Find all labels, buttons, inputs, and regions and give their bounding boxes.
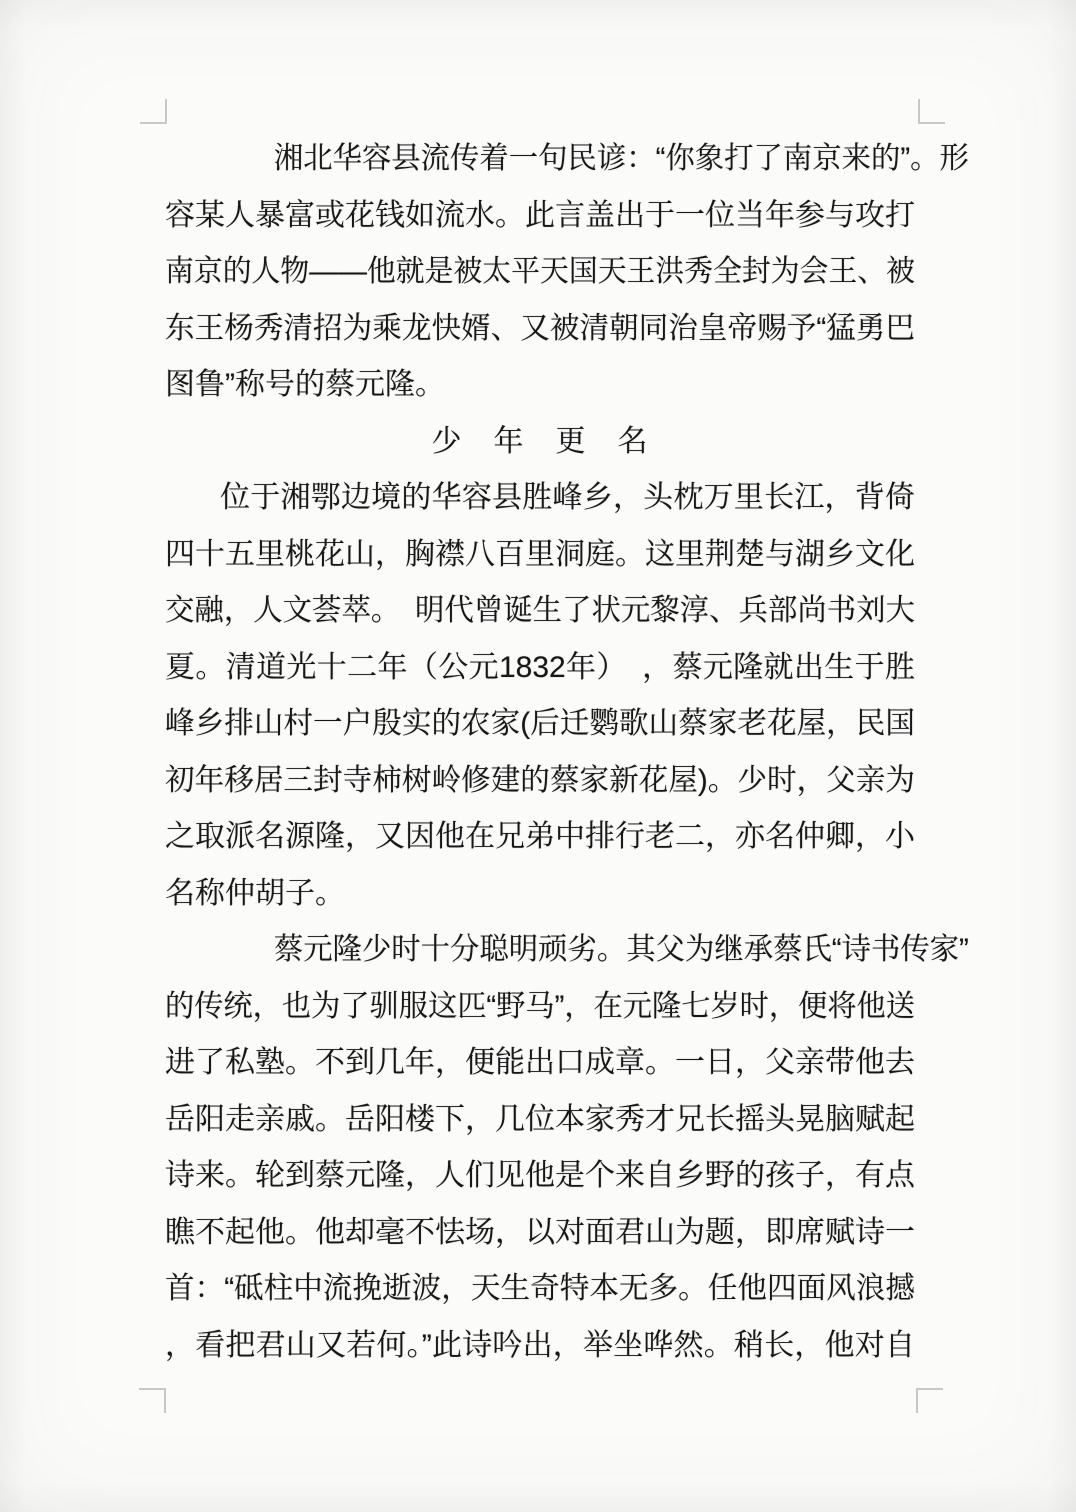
text-line: 诗来。轮到蔡元隆，人们见他是个来自乡野的孩子，有点 (165, 1148, 915, 1205)
text-line-content: ，看把君山又若何。”此诗吟出，举坐哗然。稍长，他对自 (165, 1329, 915, 1362)
text-line: 位于湘鄂边境的华容县胜峰乡，头枕万里长江，背倚 (165, 470, 915, 527)
text-line: 瞧不起他。他却毫不怯场，以对面君山为题，即席赋诗一 (165, 1205, 915, 1262)
margin-mark-top-right (918, 99, 945, 124)
text-line-content: 进了私塾。不到几年，便能出口成章。一日，父亲带他去 (165, 1046, 915, 1079)
text-line-content: 夏。清道光十二年（公元1832年） ，蔡元隆就出生于胜 (165, 651, 915, 684)
text-line: 首：“砥柱中流挽逝波，天生奇特本无多。任他四面风浪撼 (165, 1261, 915, 1318)
section-heading: 少 年 更 名 (165, 414, 915, 471)
text-line-content: 位于湘鄂边境的华容县胜峰乡，头枕万里长江，背倚 (220, 481, 915, 514)
text-line-content: 蔡元隆少时十分聪明顽劣。其父为继承蔡氏“诗书传家” (220, 922, 969, 979)
text-line-content: 名称仲胡子。 (165, 877, 345, 910)
text-line-content: 瞧不起他。他却毫不怯场，以对面君山为题，即席赋诗一 (165, 1216, 915, 1249)
document-page: 湘北华容县流传着一句民谚：“你象打了南京来的”。形容某人暴富或花钱如流水。此言盖… (0, 0, 1076, 1512)
margin-mark-bottom-left (139, 1388, 166, 1413)
margin-mark-bottom-right (916, 1388, 943, 1413)
text-line: 名称仲胡子。 (165, 866, 915, 923)
text-line-content: 湘北华容县流传着一句民谚：“你象打了南京来的”。形 (220, 131, 969, 188)
text-line-content: 的传统，也为了驯服这匹“野马”，在元隆七岁时，便将他送 (165, 979, 915, 1036)
text-line: 南京的人物——他就是被太平天国天王洪秀全封为会王、被 (165, 244, 915, 301)
text-line: 四十五里桃花山，胸襟八百里洞庭。这里荆楚与湖乡文化 (165, 527, 915, 584)
text-line-content: 南京的人物——他就是被太平天国天王洪秀全封为会王、被 (165, 244, 915, 301)
text-line: 之取派名源隆，又因他在兄弟中排行老二，亦名仲卿，小 (165, 809, 915, 866)
text-line: 容某人暴富或花钱如流水。此言盖出于一位当年参与攻打 (165, 188, 915, 245)
text-line: 湘北华容县流传着一句民谚：“你象打了南京来的”。形 (165, 131, 915, 188)
text-line-content: 交融，人文荟萃。 明代曾诞生了状元黎淳、兵部尚书刘大 (165, 583, 915, 640)
text-line: ，看把君山又若何。”此诗吟出，举坐哗然。稍长，他对自 (165, 1318, 915, 1375)
text-line: 交融，人文荟萃。 明代曾诞生了状元黎淳、兵部尚书刘大 (165, 583, 915, 640)
text-line-content: 峰乡排山村一户殷实的农家(后迁鹦歌山蔡家老花屋，民国 (165, 696, 915, 753)
text-line-content: 之取派名源隆，又因他在兄弟中排行老二，亦名仲卿，小 (165, 820, 915, 853)
text-line: 的传统，也为了驯服这匹“野马”，在元隆七岁时，便将他送 (165, 979, 915, 1036)
text-line: 初年移居三封寺柿树岭修建的蔡家新花屋)。少时，父亲为 (165, 753, 915, 810)
text-line: 岳阳走亲戚。岳阳楼下，几位本家秀才兄长摇头晃脑赋起 (165, 1092, 915, 1149)
text-line: 图鲁”称号的蔡元隆。 (165, 357, 915, 414)
text-line-content: 诗来。轮到蔡元隆，人们见他是个来自乡野的孩子，有点 (165, 1159, 915, 1192)
text-line: 蔡元隆少时十分聪明顽劣。其父为继承蔡氏“诗书传家” (165, 922, 915, 979)
text-line-content: 初年移居三封寺柿树岭修建的蔡家新花屋)。少时，父亲为 (165, 753, 915, 810)
text-line: 夏。清道光十二年（公元1832年） ，蔡元隆就出生于胜 (165, 640, 915, 697)
text-line: 东王杨秀清招为乘龙快婿、又被清朝同治皇帝赐予“猛勇巴 (165, 301, 915, 358)
text-line-content: 四十五里桃花山，胸襟八百里洞庭。这里荆楚与湖乡文化 (165, 538, 915, 571)
text-line: 进了私塾。不到几年，便能出口成章。一日，父亲带他去 (165, 1035, 915, 1092)
text-line-content: 岳阳走亲戚。岳阳楼下，几位本家秀才兄长摇头晃脑赋起 (165, 1103, 915, 1136)
text-body: 湘北华容县流传着一句民谚：“你象打了南京来的”。形容某人暴富或花钱如流水。此言盖… (165, 131, 915, 1374)
text-line-content: 东王杨秀清招为乘龙快婿、又被清朝同治皇帝赐予“猛勇巴 (165, 301, 915, 358)
text-line-content: 图鲁”称号的蔡元隆。 (165, 368, 445, 401)
text-line: 峰乡排山村一户殷实的农家(后迁鹦歌山蔡家老花屋，民国 (165, 696, 915, 753)
text-line-content: 容某人暴富或花钱如流水。此言盖出于一位当年参与攻打 (165, 199, 915, 232)
text-line-content: 首：“砥柱中流挽逝波，天生奇特本无多。任他四面风浪撼 (165, 1261, 915, 1318)
margin-mark-top-left (140, 99, 167, 124)
